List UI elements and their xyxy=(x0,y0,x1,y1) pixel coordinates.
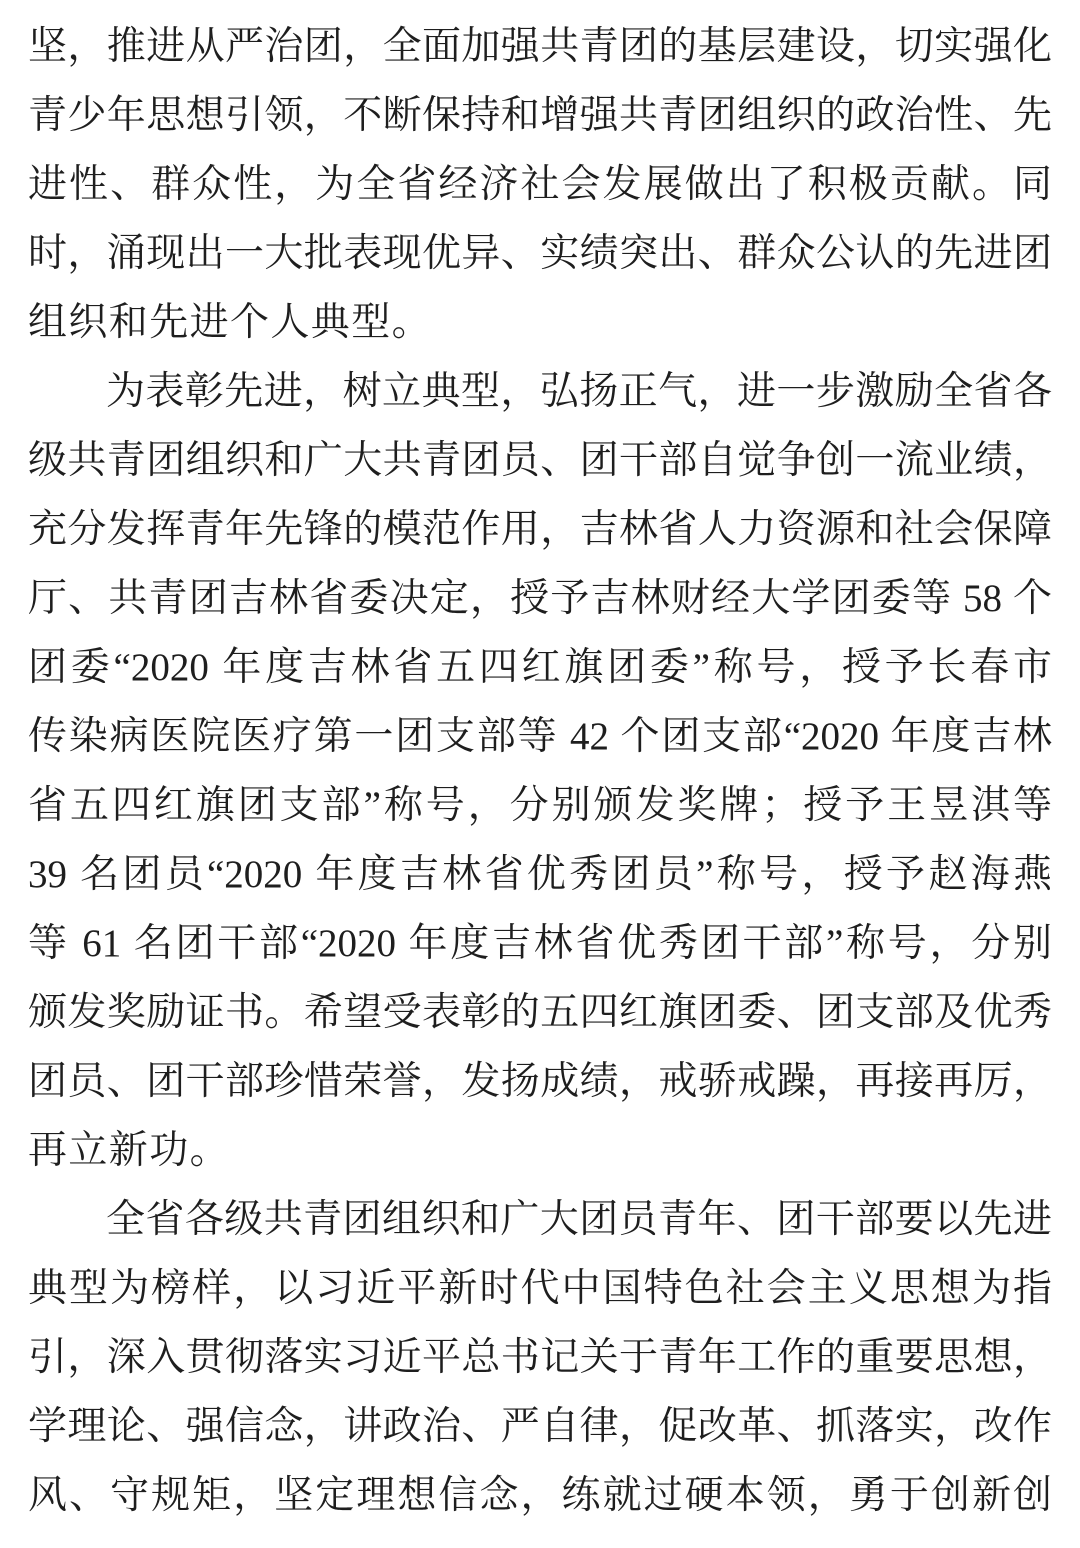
text-line: 为表彰先进，树立典型，弘扬正气，进一步激励全省各 xyxy=(28,357,1052,426)
text-line: 团员、团干部珍惜荣誉，发扬成绩，戒骄戒躁，再接再厉， xyxy=(28,1047,1052,1116)
text-line: 39 名团员“2020 年度吉林省优秀团员”称号，授予赵海燕 xyxy=(28,840,1052,909)
text-line: 时，涌现出一大批表现优异、实绩突出、群众公认的先进团 xyxy=(28,219,1052,288)
document-page: 坚，推进从严治团，全面加强共青团的基层建设，切实强化青少年思想引领，不断保持和增… xyxy=(0,0,1080,1548)
text-line: 等 61 名团干部“2020 年度吉林省优秀团干部”称号，分别 xyxy=(28,909,1052,978)
text-line: 再立新功。 xyxy=(28,1116,1052,1185)
text-line: 学理论、强信念，讲政治、严自律，促改革、抓落实，改作 xyxy=(28,1392,1052,1461)
text-line: 厅、共青团吉林省委决定，授予吉林财经大学团委等 58 个 xyxy=(28,564,1052,633)
text-line: 典型为榜样，以习近平新时代中国特色社会主义思想为指 xyxy=(28,1254,1052,1323)
text-line: 风、守规矩，坚定理想信念，练就过硬本领，勇于创新创 xyxy=(28,1461,1052,1530)
text-line: 级共青团组织和广大共青团员、团干部自觉争创一流业绩， xyxy=(28,426,1052,495)
text-line: 省五四红旗团支部”称号，分别颁发奖牌；授予王昱淇等 xyxy=(28,771,1052,840)
text-line: 充分发挥青年先锋的模范作用，吉林省人力资源和社会保障 xyxy=(28,495,1052,564)
text-line: 全省各级共青团组织和广大团员青年、团干部要以先进 xyxy=(28,1185,1052,1254)
text-line: 传染病医院医疗第一团支部等 42 个团支部“2020 年度吉林 xyxy=(28,702,1052,771)
text-line: 颁发奖励证书。希望受表彰的五四红旗团委、团支部及优秀 xyxy=(28,978,1052,1047)
text-line: 引，深入贯彻落实习近平总书记关于青年工作的重要思想， xyxy=(28,1323,1052,1392)
text-line: 组织和先进个人典型。 xyxy=(28,288,1052,357)
text-line: 坚，推进从严治团，全面加强共青团的基层建设，切实强化 xyxy=(28,12,1052,81)
text-line: 进性、群众性，为全省经济社会发展做出了积极贡献。同 xyxy=(28,150,1052,219)
text-line: 青少年思想引领，不断保持和增强共青团组织的政治性、先 xyxy=(28,81,1052,150)
text-line: 团委“2020 年度吉林省五四红旗团委”称号，授予长春市 xyxy=(28,633,1052,702)
document-body: 坚，推进从严治团，全面加强共青团的基层建设，切实强化青少年思想引领，不断保持和增… xyxy=(28,12,1052,1530)
